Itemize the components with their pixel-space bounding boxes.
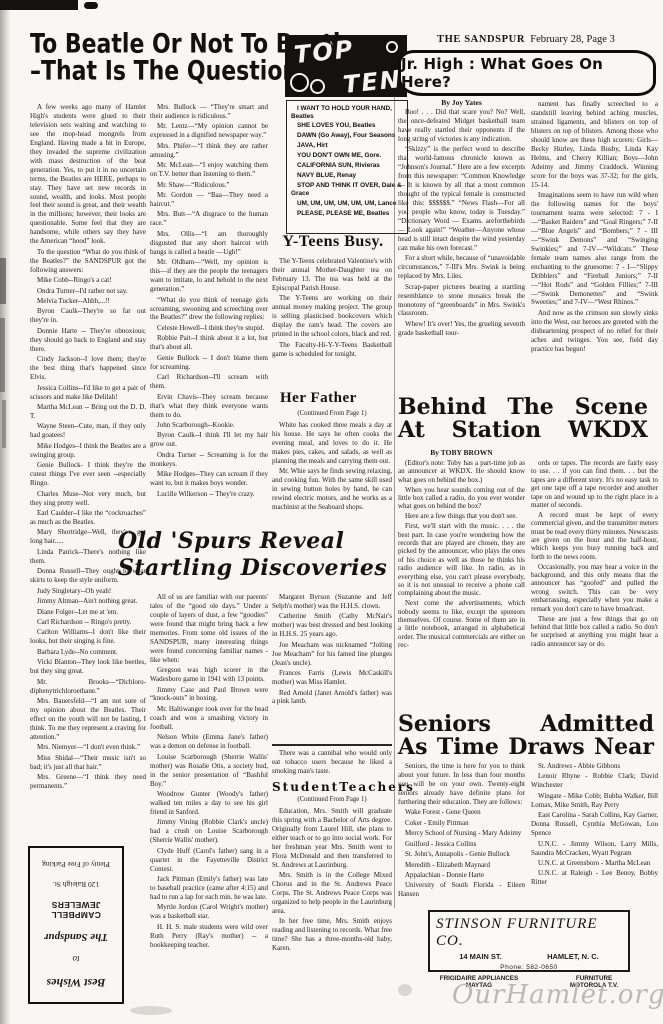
paragraph: U.N.C. at Raleigh - Lee Benoy, Bobby Rit… xyxy=(531,869,658,887)
paragraph: Jessica Collins--I'd like to get a pair … xyxy=(30,384,146,402)
campbell-ad-line1: Best Wishes xyxy=(47,975,106,990)
paragraph: John Scarborough--Kookie. xyxy=(150,421,268,430)
her-father-continued-note: (Continued From Page 1) xyxy=(272,410,392,417)
paragraph: Boo! . . . Did that scare you? No? Well,… xyxy=(398,108,525,144)
paragraph: Martha McLean -- Bring out the D. D. T. xyxy=(30,403,146,421)
paragraph: Carl Richardson--I'll scream with them. xyxy=(150,373,268,391)
paragraph: ords or tapes. The records are fairly ea… xyxy=(531,459,658,509)
campbell-ad-line6: Plenty of Free Parking xyxy=(42,860,110,869)
column-divider-rule xyxy=(394,96,395,908)
paragraph: Earl Caulder--I like the “cockroaches” a… xyxy=(30,509,146,527)
wkdx-column-1: (Editor's note: Toby has a part-time job… xyxy=(398,459,525,706)
scan-edge xyxy=(0,0,11,1024)
paragraph: Judy Singletary--Oh yeah! xyxy=(30,587,146,596)
paragraph: Charles Muse--Not very much, but they si… xyxy=(30,490,146,508)
record-icon xyxy=(310,79,325,94)
paragraph: When you hear sounds coming out of the l… xyxy=(398,486,525,511)
paragraph: Margaret Byrson (Suzanne and Jeff Selph'… xyxy=(272,593,392,611)
paragraph: Barbara Lyde--No comment. xyxy=(30,648,146,657)
paragraph: Mr. Whie says he finds sewing relaxing, … xyxy=(272,467,392,512)
masthead-title: THE SANDSPUR xyxy=(437,34,525,45)
stinson-ad-street: 14 MAIN ST. xyxy=(459,952,502,961)
campbell-ad-line2: to xyxy=(73,954,80,964)
cannibal-filler: There was a cannibal who would only eat … xyxy=(272,749,392,779)
top-ten-entry: DAWN (Go Away), Four Seasons xyxy=(291,132,403,140)
paragraph: Genie Bullock- I think they're the cutes… xyxy=(30,461,146,488)
seniors-column-1: Seniors, the time is here for you to thi… xyxy=(398,762,525,909)
paragraph: Ondra Turner--I'd rather not say. xyxy=(30,287,146,296)
paragraph: Whew! It's over! Yes, the grueling seven… xyxy=(398,320,525,338)
paragraph: Mrs. Bullock — “They're smart and their … xyxy=(150,103,268,121)
paragraph: The Faculty-Hi-Y-Y-Teens Basketball game… xyxy=(272,341,392,359)
old-spurs-column-1: All of us are familiar with our parents'… xyxy=(150,593,268,965)
student-teachers-continued-note: (Continued From Page 1) xyxy=(272,796,392,803)
old-spurs-headline-line1: Old 'Spurs Reveal xyxy=(118,528,387,555)
filler-text: There was a cannibal who would only eat … xyxy=(272,749,392,776)
paragraph: Jimmy Vining (Robbie Clark's uncle) had … xyxy=(150,818,268,845)
paragraph: Diane Folger--Let me at 'em. xyxy=(30,608,146,617)
paragraph: Mr. Shaw—“Ridiculous.” xyxy=(150,181,268,190)
scan-artifact xyxy=(0,0,78,10)
paragraph: A record must be kept of every commercia… xyxy=(531,511,658,561)
paragraph: Ondra Turner -- Screaming is for the mon… xyxy=(150,451,268,469)
paragraph: Mr. McLean—“I enjoy watching them on T.V… xyxy=(150,161,268,179)
jr-high-column-2: nament has finally screeched to a stands… xyxy=(531,100,658,392)
paragraph: St. John's, Annapolis - Genie Bullock xyxy=(398,850,525,859)
paragraph: Robbie Pait--I think about it a lot, but… xyxy=(150,334,268,352)
paragraph: White has cooked three meals a day at hi… xyxy=(272,421,392,466)
seniors-headline: Seniors Admitted As Time Draws Near xyxy=(398,713,654,759)
student-teachers-column: Education, Mrs. Smith will graduate this… xyxy=(272,807,392,1017)
paragraph: Mrs. Phifer—“I think they are rather amu… xyxy=(150,142,268,160)
paragraph: Seniors, the time is here for you to thi… xyxy=(398,762,525,807)
paragraph: Byron Caulk--They're so far out they're … xyxy=(30,307,146,325)
campbell-ad-line3: The Sandspur xyxy=(44,931,108,943)
paragraph: nament has finally screeched to a stands… xyxy=(531,100,658,190)
paragraph: Imaginations seem to have run wild when … xyxy=(531,191,658,307)
top-ten-logo: TOP TEN ♪ xyxy=(286,36,406,96)
paragraph: “Skizzy” is the perfect word to describe… xyxy=(398,145,525,252)
paragraph: Mike Hodges--They can scream if they wan… xyxy=(150,470,268,488)
paragraph: Jimmy Altman--Ain't nothing great. xyxy=(30,597,146,606)
stinson-ad-address-row: 14 MAIN ST. HAMLET, N. C. xyxy=(459,952,599,961)
paragraph: For a short while, because of “unavoidab… xyxy=(398,254,525,281)
paragraph: U.N.C. at Greensboro - Martha McLean xyxy=(531,859,658,868)
paragraph: Occasionally, you may hear a voice in th… xyxy=(531,563,658,613)
paragraph: Wayne Steen--Cute, man, if they only had… xyxy=(30,422,146,440)
top-ten-entry: STOP AND THINK IT OVER, Dale & Grace xyxy=(291,182,403,197)
paragraph: Mr. Lentz—“My opinion cannot be expresse… xyxy=(150,122,268,140)
paragraph: Cindy Jackson--I love them; they're the … xyxy=(30,355,146,382)
paragraph: Scrap-paper pictures bearing a startling… xyxy=(398,283,525,319)
paragraph: Donnie Harte -- They're obnoxious; they … xyxy=(30,327,146,354)
wkdx-headline-line2: At Station WKDX xyxy=(398,419,648,442)
paragraph: Mrs. Ollis—“I am thoroughly disgusted th… xyxy=(150,230,268,257)
paragraph: University of South Florida - Eileen Han… xyxy=(398,881,525,899)
scan-artifact xyxy=(0,318,5,392)
paragraph: Ervin Chavis--They scream because that's… xyxy=(150,393,268,420)
paragraph: Frances Farris (Lewis McCaskill's mother… xyxy=(272,669,392,687)
paragraph: Carlton Williams--I don't like their loo… xyxy=(30,628,146,646)
paragraph: And now as the crimson sun slowly sinks … xyxy=(531,309,658,354)
paragraph: Red Arnold (Janet Arnold's father) was a… xyxy=(272,689,392,707)
top-ten-logo-bottom-text: TEN xyxy=(342,65,403,96)
paragraph: Meredith - Elizabeth Maynard xyxy=(398,861,525,870)
wkdx-headline: Behind The Scene At Station WKDX xyxy=(398,396,648,442)
old-spurs-headline: Old 'Spurs Reveal Startling Discoveries xyxy=(118,528,387,582)
paragraph: Catherine Smith (Cathy McNair's mother) … xyxy=(272,612,392,639)
top-ten-entry: SHE LOVES YOU, Beatles xyxy=(291,122,403,130)
paragraph: In her free time, Mrs. Smith enjoys read… xyxy=(272,917,392,953)
paragraph: Next come the advertisements, which nobo… xyxy=(398,599,525,649)
beatle-column-1: A few weeks ago many of Hamlet High's st… xyxy=(30,103,146,843)
jr-high-headline-box: Jr. High : What Goes On Here? xyxy=(398,50,656,96)
paragraph: U.N.C. - Jimmy Wilson, Larry Mills, Saun… xyxy=(531,840,658,858)
paragraph: First, we'll start with the music. . . .… xyxy=(398,522,525,598)
y-teens-headline: Y-Teens Busy. xyxy=(272,233,394,251)
scan-artifact xyxy=(2,400,6,448)
jr-high-column-1: Boo! . . . Did that scare you? No? Well,… xyxy=(398,108,525,390)
paragraph: Mrs. Smith is in the College Mixed Choru… xyxy=(272,871,392,916)
paragraph: (Editor's note: Toby has a part-time job… xyxy=(398,459,525,484)
paragraph: East Carolina - Sarah Collins, Kay Garne… xyxy=(531,811,658,838)
paragraph: St. Andrews - Abbie Gibbons xyxy=(531,762,658,771)
her-father-headline: Her Father xyxy=(280,390,357,407)
paragraph: Mrs. Niemyer—“I don't even think.” xyxy=(30,743,146,752)
old-spurs-headline-line2: Startling Discoveries xyxy=(118,555,387,582)
masthead: THE SANDSPUR February 28, Page 3 xyxy=(437,34,615,45)
paragraph: Mike Cobb--Ringo's a cat! xyxy=(30,276,146,285)
filler-rule xyxy=(272,744,392,746)
paragraph: Mr. Gordon — “Baa—They need a haircut.” xyxy=(150,191,268,209)
top-ten-entry: YOU DON'T OWN ME, Gore. xyxy=(291,152,403,160)
paragraph: Mr. Oldham—“Well, my opinion is this—if … xyxy=(150,258,268,294)
scan-smudge xyxy=(130,1006,172,1015)
paragraph: Guilford - Jessica Collins xyxy=(398,840,525,849)
newspaper-page-scan: THE SANDSPUR February 28, Page 3 To Beat… xyxy=(0,0,663,1024)
paragraph: Appalachian - Donnie Harte xyxy=(398,871,525,880)
paragraph: Joe Meacham was nicknamed “Jolting Joe M… xyxy=(272,641,392,668)
paragraph: A few weeks ago many of Hamlet High's st… xyxy=(30,103,146,246)
paragraph: Here are a few things that you don't see… xyxy=(398,512,525,520)
seniors-headline-line1: Seniors Admitted xyxy=(398,713,654,736)
musical-note-icon: ♪ xyxy=(328,38,334,50)
seniors-headline-line2: As Time Draws Near xyxy=(398,736,654,759)
stinson-furniture-ad: STINSON FURNITURE CO. 14 MAIN ST. HAMLET… xyxy=(428,910,630,972)
paragraph: Mr. Haltiwanger took over for the head c… xyxy=(150,705,268,732)
old-spurs-column-2: Margaret Byrson (Suzanne and Jeff Selph'… xyxy=(272,593,392,741)
scan-artifact xyxy=(0,258,6,304)
top-ten-entry: I WANT TO HOLD YOUR HAND, Beatles xyxy=(291,105,403,120)
top-ten-entry: PLEASE, PLEASE ME, Beatles xyxy=(291,210,403,218)
beatle-column-2: Mrs. Bullock — “They're smart and their … xyxy=(150,103,268,529)
paragraph: Mr. Brooks—“Dichloro-diphenytrichloroeth… xyxy=(30,678,146,696)
paragraph: Wingate - Mike Cobb; Bubba Walker, Bill … xyxy=(531,792,658,810)
wkdx-column-2: ords or tapes. The records are fairly ea… xyxy=(531,459,658,706)
seniors-column-2: St. Andrews - Abbie GibbonsLenoir Rhyne … xyxy=(531,762,658,909)
paragraph: “What do you think of teenage girls scre… xyxy=(150,296,268,323)
campbell-ad-line4: CAMPBELL JEWELERS xyxy=(33,900,119,920)
paragraph: Mrs. Greene—“I think they need permanent… xyxy=(30,773,146,791)
jr-high-headline: Jr. High : What Goes On Here? xyxy=(401,55,653,91)
paragraph: Clyde Huff (Carol's father) sang in a qu… xyxy=(150,847,268,874)
paragraph: Jimmy Case and Paul Brown were “knock-ou… xyxy=(150,686,268,704)
scan-artifact xyxy=(84,2,98,9)
paragraph: Woodrow Gunter (Woody's father) walked t… xyxy=(150,790,268,817)
paragraph: H. H. S. male students were wild over Ru… xyxy=(150,923,268,950)
top-ten-list: I WANT TO HOLD YOUR HAND, BeatlesSHE LOV… xyxy=(286,100,408,234)
record-icon xyxy=(386,41,398,53)
wkdx-byline: By TOBY BROWN xyxy=(398,448,525,457)
paragraph: Mrs. Butt—“A disgrace to the human race.… xyxy=(150,210,268,228)
masthead-dateline: February 28, Page 3 xyxy=(530,34,615,45)
top-ten-entry: CALIFORNIA SUN, Rivieras xyxy=(291,162,403,170)
paragraph: Vicki Blanton--They look like beetles, b… xyxy=(30,658,146,676)
paragraph: Myrtle Jordon (Carol Wright's mother) wa… xyxy=(150,903,268,921)
stinson-ad-city: HAMLET, N. C. xyxy=(547,952,599,961)
top-ten-entry: NAVY BLUE, Renay xyxy=(291,172,403,180)
paragraph: Genie Bullock -- I don't blame them for … xyxy=(150,354,268,372)
top-ten-logo-top-text: TOP xyxy=(293,36,356,69)
paragraph: Jack Pittman (Emily's father) was late t… xyxy=(150,875,268,902)
watermark: OurHamlet.org xyxy=(452,980,663,1010)
paragraph: These are just a few things that go on b… xyxy=(531,615,658,649)
y-teens-column: The Y-Teens celebrated Valentine's with … xyxy=(272,257,392,387)
top-ten-entry: UM, UM, UM, UM, UM, UM, Lance xyxy=(291,200,403,208)
paragraph: Coker - Emily Pittman xyxy=(398,819,525,828)
stinson-ad-phone: Phone: 582-0650 xyxy=(500,964,557,971)
her-father-column: White has cooked three meals a day at hi… xyxy=(272,421,392,533)
paragraph: Louise Scarborough (Sherrie Wallis' moth… xyxy=(150,753,268,789)
paragraph: To the question “What do you think of th… xyxy=(30,248,146,275)
jr-high-byline: By Joy Yates xyxy=(398,98,525,107)
top-ten-entry: JAVA, Hirt xyxy=(291,142,403,150)
paragraph: Lucille Wilkerson -- They're crazy. xyxy=(150,490,268,499)
paragraph: Byron Caulk--I think I'll let my hair gr… xyxy=(150,431,268,449)
paragraph: The Y-Teens celebrated Valentine's with … xyxy=(272,257,392,293)
paragraph: Mrs. Bauersfeld—“I am not sure of my opi… xyxy=(30,697,146,742)
record-icon xyxy=(290,73,309,92)
paragraph: Miss Shidal—“Their music isn't so bad; i… xyxy=(30,754,146,772)
scan-smudge xyxy=(398,984,412,996)
paragraph: Mike Hodges--I think the Beatles are a s… xyxy=(30,442,146,460)
paragraph: Nelson White (Emma Jane's father) was a … xyxy=(150,733,268,751)
paragraph: Mercy School of Nursing - Mary Adeimy xyxy=(398,829,525,838)
paragraph: Wake Forest - Gene Queen xyxy=(398,808,525,817)
student-teachers-headline: StudentTeachers xyxy=(272,780,392,794)
campbell-ad-line5: 120 Raleigh St. xyxy=(53,880,99,889)
paragraph: Lenoir Rhyne - Robbie Clark; David Winch… xyxy=(531,772,658,790)
paragraph: Carl Richardson -- Ringo's pretty. xyxy=(30,618,146,627)
paragraph: All of us are familiar with our parents'… xyxy=(150,593,268,665)
paragraph: Celeste Howell--I think they're stupid. xyxy=(150,324,268,333)
paragraph: Gregson was high scorer in the Wadesboro… xyxy=(150,666,268,684)
paragraph: Education, Mrs. Smith will graduate this… xyxy=(272,807,392,870)
paragraph: The Y-Teens are working on their annual … xyxy=(272,294,392,339)
stinson-ad-name: STINSON FURNITURE CO. xyxy=(436,916,622,950)
campbell-jewelers-ad: Best Wishes to The Sandspur CAMPBELL JEW… xyxy=(28,846,124,1004)
wkdx-headline-line1: Behind The Scene xyxy=(398,396,648,419)
paragraph: Melvia Tucker--Ahhh,...!! xyxy=(30,297,146,306)
